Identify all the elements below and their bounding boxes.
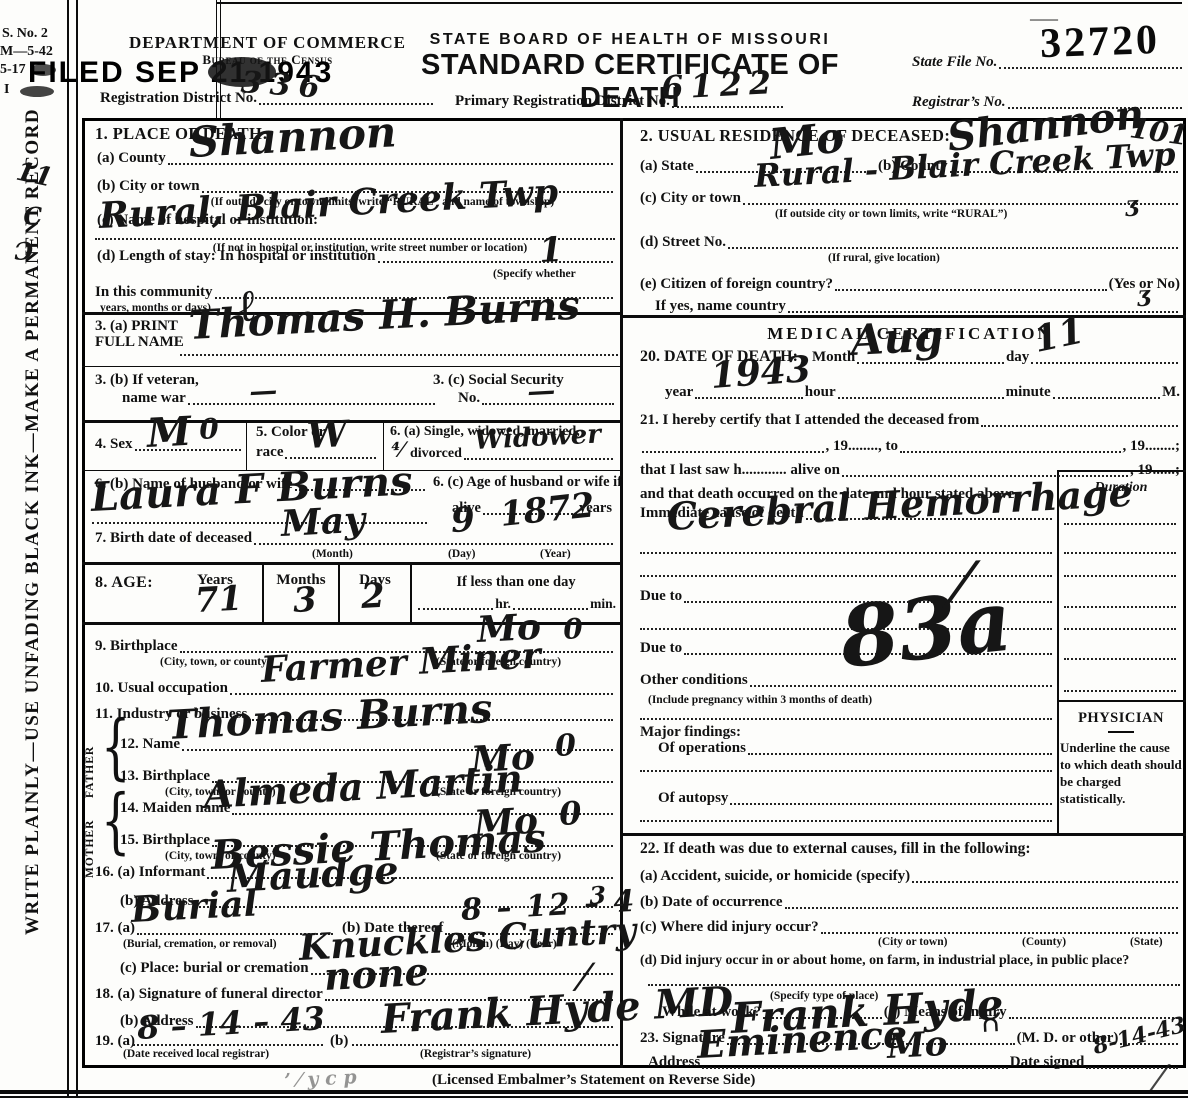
dotted-line xyxy=(1086,1067,1178,1069)
age-months-value: 3 xyxy=(292,583,317,618)
street-no-note: (If rural, give location) xyxy=(828,252,940,265)
registration-district-value: 336 xyxy=(240,68,329,104)
residence-state-label: (a) State xyxy=(640,158,694,175)
dotted-line xyxy=(640,770,1052,772)
death-year-value: 1943 xyxy=(709,351,811,394)
father-birthplace-label: 13. Birthplace xyxy=(120,768,210,785)
burial-type-label: 17. (a) xyxy=(95,920,135,937)
burial-place-label: (c) Place: burial or cremation xyxy=(120,960,309,977)
dotted-line xyxy=(182,749,613,751)
accident-row: (a) Accident, suicide, or homicide (spec… xyxy=(640,868,1180,885)
dotted-line xyxy=(785,907,1178,909)
attended-19-end: , 19........; xyxy=(1123,438,1181,455)
rule xyxy=(1108,731,1134,733)
physician-header: PHYSICIAN xyxy=(1059,710,1183,727)
death-minute-label: minute xyxy=(1006,384,1051,401)
dotted-line xyxy=(640,820,1052,822)
cause-code-value: 83a xyxy=(836,579,1015,680)
age-label: 8. AGE: xyxy=(95,574,153,592)
margin-mark: C xyxy=(23,204,43,229)
rule xyxy=(82,622,622,625)
rule xyxy=(1057,470,1059,835)
death-day-label: day xyxy=(1006,349,1029,366)
rule xyxy=(262,565,264,622)
birth-month-value: May xyxy=(280,502,366,542)
age-days-value: 2 xyxy=(360,579,385,614)
registrar-signature-note: (Registrar’s signature) xyxy=(420,1048,531,1061)
dotted-line xyxy=(912,881,1178,883)
attended-text-1: 21. I hereby certify that I attended the… xyxy=(640,412,979,429)
marital-label-2: divorced xyxy=(410,446,462,462)
veteran-label-1: 3. (b) If veteran, xyxy=(95,372,199,389)
other-conditions-row: Other conditions xyxy=(640,672,1054,689)
attended-row-2: , 19........, to , 19........; xyxy=(640,438,1180,455)
birthplace-code: 0 xyxy=(563,615,584,644)
length-of-stay-row: (d) Length of stay: In hospital or insti… xyxy=(97,248,615,265)
father-birthplace-code: 0 xyxy=(554,731,576,762)
dotted-line xyxy=(1031,362,1178,364)
county-of-death-value: Shannon xyxy=(188,111,398,164)
dotted-line xyxy=(730,803,1052,805)
dotted-line xyxy=(378,261,613,263)
dotted-line xyxy=(750,685,1052,687)
burial-type-note: (Burial, cremation, or removal) xyxy=(123,938,277,951)
father-side-label: FATHER xyxy=(84,726,96,798)
occurrence-date-label: (b) Date of occurrence xyxy=(640,894,783,911)
county-of-death-label: (a) County xyxy=(97,150,166,167)
accident-label: (a) Accident, suicide, or homicide (spec… xyxy=(640,868,910,885)
funeral-director-value: none xyxy=(323,953,430,996)
in-community-label: In this community xyxy=(95,284,213,301)
physician-address-state: Mo xyxy=(886,1027,948,1064)
occurrence-date-row: (b) Date of occurrence xyxy=(640,894,1180,911)
birthplace-label: 9. Birthplace xyxy=(95,638,178,655)
physician-note: Underline the cause to which death shoul… xyxy=(1060,740,1182,808)
footer-scribble: ’ ⁄ y c p xyxy=(284,1068,357,1091)
autopsy-label: Of autopsy xyxy=(658,790,728,807)
dotted-line xyxy=(981,425,1178,427)
mother-birthplace-code: 0 xyxy=(558,797,582,830)
margin-mark: 11 xyxy=(14,159,55,192)
dotted-line xyxy=(1064,628,1176,630)
last-saw-text: that I last saw h............ alive on xyxy=(640,462,840,479)
residence-city-note: (If outside city or town limits, write “… xyxy=(775,208,1007,221)
birth-month-note: (Month) xyxy=(312,548,353,561)
rule xyxy=(1057,700,1186,702)
dotted-line xyxy=(702,1067,1008,1069)
dotted-line xyxy=(92,522,427,524)
injury-place-label: (d) Did injury occur in or about home, o… xyxy=(640,952,1129,968)
primary-registration-value: 6122 xyxy=(660,66,779,104)
length-of-stay-note: (Specify whether xyxy=(493,268,576,281)
injury-county-note: (County) xyxy=(1022,936,1066,949)
dotted-line xyxy=(695,397,802,399)
last-saw-19: , 19......; xyxy=(1130,462,1180,479)
physician-address-label: Address xyxy=(648,1054,700,1071)
dotted-line xyxy=(1064,552,1176,554)
dotted-line xyxy=(642,451,824,453)
rule xyxy=(82,366,622,367)
margin-mark: Ɔ xyxy=(14,239,34,264)
dotted-line xyxy=(1064,606,1176,608)
marital-value: Widower xyxy=(474,421,602,454)
date-signed-label: Date signed xyxy=(1010,1054,1085,1071)
date-received-value: 8 – 14 – 43 xyxy=(136,1002,325,1044)
coder-mark: ʒ xyxy=(1137,283,1151,306)
sex-label: 4. Sex xyxy=(95,436,133,453)
birth-day-note: (Day) xyxy=(448,548,475,561)
rule xyxy=(410,565,412,622)
dotted-line xyxy=(999,67,1182,69)
mother-birthplace-label: 15. Birthplace xyxy=(120,832,210,849)
dotted-line xyxy=(672,106,783,108)
age-years-value: 71 xyxy=(194,582,243,618)
dotted-line xyxy=(788,311,1178,313)
dotted-line xyxy=(838,397,1004,399)
dotted-line xyxy=(640,718,1052,720)
state-file-row: State File No. xyxy=(912,54,1184,71)
dotted-line xyxy=(728,247,1178,249)
major-findings-label: Major findings: xyxy=(640,724,741,741)
state-file-label: State File No. xyxy=(912,54,997,71)
dotted-line xyxy=(1053,397,1160,399)
full-name-label-2: FULL NAME xyxy=(95,334,184,351)
due-to-label-1: Due to xyxy=(640,588,682,605)
embalmer-note: (Licensed Embalmer’s Statement on Revers… xyxy=(432,1072,755,1089)
form-code: 5-17 xyxy=(0,62,26,78)
birthplace-note-1: (City, town, or county) xyxy=(160,656,271,669)
residence-city-label: (c) City or town xyxy=(640,190,741,207)
race-label-2: race xyxy=(256,444,283,461)
death-day-value: 11 xyxy=(1031,312,1087,358)
birth-date-label: 7. Birth date of deceased xyxy=(95,530,252,547)
foreign-citizen-label: (e) Citizen of foreign country? xyxy=(640,276,833,293)
registrar-signature-label: (b) xyxy=(330,1033,348,1050)
autopsy-row: Of autopsy xyxy=(658,790,1054,807)
injury-state-note: (State) xyxy=(1130,936,1163,949)
rule xyxy=(622,833,1186,836)
dotted-line xyxy=(1064,658,1176,660)
sex-code: 0 xyxy=(199,415,220,444)
death-certificate-scan: WRITE PLAINLY—USE UNFADING BLACK INK—MAK… xyxy=(0,0,1188,1098)
rule xyxy=(0,1090,1188,1094)
death-month-value: Aug xyxy=(850,315,945,362)
coder-mark: ʒ xyxy=(1125,193,1139,216)
dotted-line xyxy=(835,289,1107,291)
injury-where-row: (c) Where did injury occur? xyxy=(640,919,1180,936)
dotted-line xyxy=(748,753,1052,755)
rule xyxy=(67,0,69,1098)
injury-where-label: (c) Where did injury occur? xyxy=(640,919,819,936)
death-month-label: Month xyxy=(812,349,855,366)
length-of-stay-value: 1 xyxy=(538,233,563,268)
burial-type-value: Burial xyxy=(130,885,258,928)
informant-label: 16. (a) Informant xyxy=(95,864,205,881)
primary-registration-label: Primary Registration District No. xyxy=(455,93,670,110)
dotted-line xyxy=(352,1044,618,1046)
attended-19-to: , 19........, to xyxy=(826,438,899,455)
street-no-label: (d) Street No. xyxy=(640,234,726,251)
age-less-day-header: If less than one day xyxy=(414,574,618,591)
date-received-note: (Date received local registrar) xyxy=(123,1048,269,1061)
full-name-label-1: 3. (a) PRINT xyxy=(95,318,178,335)
other-conditions-label: Other conditions xyxy=(640,672,748,689)
board-title: STATE BOARD OF HEALTH OF MISSOURI xyxy=(400,31,860,49)
veteran-label-2: name war xyxy=(122,390,186,407)
dotted-line xyxy=(1064,575,1176,577)
foreign-citizen-row: (e) Citizen of foreign country? (Yes or … xyxy=(640,276,1180,293)
due-to-label-2: Due to xyxy=(640,640,682,657)
form-code: I xyxy=(4,82,9,98)
registration-district-label: Registration District No. xyxy=(100,90,257,107)
birth-year-note: (Year) xyxy=(540,548,571,561)
dotted-line xyxy=(900,451,1120,453)
death-year-label: year xyxy=(665,384,693,401)
dotted-line xyxy=(188,403,435,405)
dotted-line xyxy=(743,203,1178,205)
attended-row-1: 21. I hereby certify that I attended the… xyxy=(640,412,1180,429)
other-conditions-note: (Include pregnancy within 3 months of de… xyxy=(648,694,872,707)
name-country-label: If yes, name country xyxy=(655,298,786,315)
rule xyxy=(76,0,78,1098)
spouse-age-label-1: 6. (c) Age of husband or wife if xyxy=(433,474,622,491)
birth-day-value: 9 xyxy=(450,503,475,538)
rule xyxy=(216,2,1182,4)
dotted-line xyxy=(464,458,613,460)
dotted-line xyxy=(1064,523,1176,525)
dotted-line xyxy=(821,932,1178,934)
veteran-value: — xyxy=(249,377,278,406)
external-causes-title: 22. If death was due to external causes,… xyxy=(640,840,1031,858)
dotted-line xyxy=(180,354,618,356)
operations-row: Of operations xyxy=(658,740,1054,757)
street-no-row: (d) Street No. xyxy=(640,234,1180,251)
dotted-line xyxy=(1064,690,1176,692)
ssn-value: — xyxy=(527,377,556,406)
death-m-label: M. xyxy=(1162,384,1180,401)
burial-date-sup: 3 xyxy=(589,883,607,908)
sex-value: M xyxy=(146,412,192,454)
rule xyxy=(82,562,622,565)
rule xyxy=(246,420,247,470)
occupation-label: 10. Usual occupation xyxy=(95,680,228,697)
injury-city-note: (City or town) xyxy=(878,936,947,949)
dotted-line xyxy=(640,552,1052,554)
dotted-line xyxy=(232,813,613,815)
operations-label: Of operations xyxy=(658,740,746,757)
length-of-stay-label: (d) Length of stay: In hospital or insti… xyxy=(97,248,376,265)
residence-city-row: (c) City or town xyxy=(640,190,1180,207)
form-code: S. No. 2 xyxy=(2,26,48,42)
age-min-label: min. xyxy=(590,596,616,612)
race-value: W xyxy=(306,416,348,454)
physician-address-value: Eminence xyxy=(696,1015,908,1064)
rule xyxy=(338,565,340,622)
birth-year-value: 1872 xyxy=(498,488,596,532)
veteran-war-row: name war xyxy=(122,390,437,407)
dotted-line xyxy=(95,238,615,240)
signature-flourish: ∩ xyxy=(981,1013,1001,1036)
ssn-label-2: No. xyxy=(458,390,480,407)
